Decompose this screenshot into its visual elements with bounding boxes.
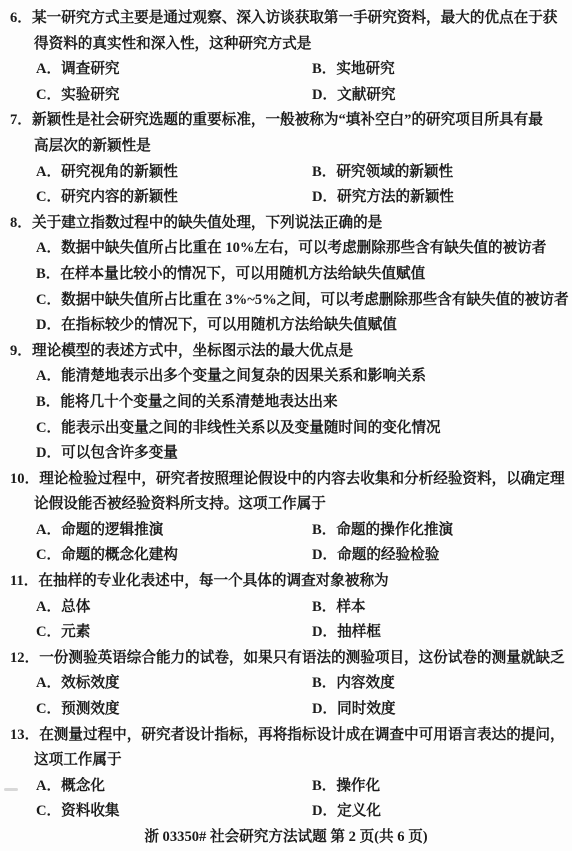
question-number: 12． bbox=[10, 646, 39, 672]
option-a: A．调查研究 bbox=[36, 57, 312, 83]
question-text: 这项工作属于 bbox=[10, 748, 572, 774]
options-grid: A．研究视角的新颖性 B．研究领域的新颖性 C．研究内容的新颖性 D．研究方法的… bbox=[10, 160, 572, 211]
question-number: 7． bbox=[10, 108, 32, 134]
scan-artifact bbox=[4, 788, 18, 791]
option-c: C．数据中缺失值所占比重在 3%~5%之间，可以考虑删除那些含有缺失值的被访者 bbox=[36, 288, 572, 314]
question-number: 9． bbox=[10, 339, 32, 365]
question-line: 8．关于建立指数过程中的缺失值处理，下列说法正确的是 bbox=[10, 211, 572, 237]
question-text: 论假设能否被经验资料所支持。这项工作属于 bbox=[10, 492, 572, 518]
option-a: A．总体 bbox=[36, 595, 312, 621]
question-11: 11．在抽样的专业化表述中，每一个具体的调查对象被称为 A．总体 B．样本 C．… bbox=[10, 569, 572, 646]
options-list: A．能清楚地表示出多个变量之间复杂的因果关系和影响关系 B．能将几十个变量之间的… bbox=[10, 364, 572, 466]
option-d: D．在指标较少的情况下，可以用随机方法给缺失值赋值 bbox=[36, 313, 572, 339]
option-d: D．可以包含许多变量 bbox=[36, 441, 572, 467]
option-d: D．定义化 bbox=[312, 799, 572, 825]
option-a: A．研究视角的新颖性 bbox=[36, 160, 312, 186]
page-footer: 浙 03350# 社会研究方法试题 第 2 页(共 6 页) bbox=[0, 825, 572, 851]
question-text: 得资料的真实性和深入性，这种研究方式是 bbox=[10, 32, 572, 58]
question-number: 11． bbox=[10, 569, 38, 595]
question-7: 7．新颖性是社会研究选题的重要标准，一般被称为“填补空白”的研究项目所具有最 高… bbox=[10, 108, 572, 210]
question-line: 13．在测量过程中，研究者设计指标，再将指标设计成在调查中可用语言表达的提问， bbox=[10, 723, 572, 749]
option-c: C．能表示出变量之间的非线性关系以及变量随时间的变化情况 bbox=[36, 416, 572, 442]
option-c: C．元素 bbox=[36, 620, 312, 646]
question-line: 10．理论检验过程中，研究者按照理论假设中的内容去收集和分析经验资料，以确定理 bbox=[10, 467, 572, 493]
option-d: D．同时效度 bbox=[312, 697, 572, 723]
option-b: B．操作化 bbox=[312, 774, 572, 800]
question-9: 9．理论模型的表述方式中，坐标图示法的最大优点是 A．能清楚地表示出多个变量之间… bbox=[10, 339, 572, 467]
option-b: B．命题的操作化推演 bbox=[312, 518, 572, 544]
option-c: C．命题的概念化建构 bbox=[36, 543, 312, 569]
option-d: D．研究方法的新颖性 bbox=[312, 185, 572, 211]
option-c: C．预测效度 bbox=[36, 697, 312, 723]
options-grid: A．调查研究 B．实地研究 C．实验研究 D．文献研究 bbox=[10, 57, 572, 108]
option-c: C．研究内容的新颖性 bbox=[36, 185, 312, 211]
question-10: 10．理论检验过程中，研究者按照理论假设中的内容去收集和分析经验资料，以确定理 … bbox=[10, 467, 572, 569]
option-d: D．抽样框 bbox=[312, 620, 572, 646]
question-text: 某一研究方式主要是通过观察、深入访谈获取第一手研究资料，最大的优点在于获 bbox=[32, 10, 557, 26]
question-line: 12．一份测验英语综合能力的试卷，如果只有语法的测验项目，这份试卷的测量就缺乏 bbox=[10, 646, 572, 672]
question-text: 新颖性是社会研究选题的重要标准，一般被称为“填补空白”的研究项目所具有最 bbox=[32, 112, 543, 128]
options-grid: A．概念化 B．操作化 C．资料收集 D．定义化 bbox=[10, 774, 572, 825]
question-6: 6．某一研究方式主要是通过观察、深入访谈获取第一手研究资料，最大的优点在于获 得… bbox=[10, 6, 572, 108]
question-number: 10． bbox=[10, 467, 39, 493]
question-text: 一份测验英语综合能力的试卷，如果只有语法的测验项目，这份试卷的测量就缺乏 bbox=[39, 650, 564, 666]
option-d: D．命题的经验检验 bbox=[312, 543, 572, 569]
question-line: 9．理论模型的表述方式中，坐标图示法的最大优点是 bbox=[10, 339, 572, 365]
option-b: B．在样本量比较小的情况下，可以用随机方法给缺失值赋值 bbox=[36, 262, 572, 288]
question-line: 11．在抽样的专业化表述中，每一个具体的调查对象被称为 bbox=[10, 569, 572, 595]
question-13: 13．在测量过程中，研究者设计指标，再将指标设计成在调查中可用语言表达的提问， … bbox=[10, 723, 572, 825]
options-list: A．数据中缺失值所占比重在 10%左右，可以考虑删除那些含有缺失值的被访者 B．… bbox=[10, 236, 572, 338]
option-b: B．内容效度 bbox=[312, 671, 572, 697]
option-c: C．实验研究 bbox=[36, 83, 312, 109]
question-number: 13． bbox=[10, 723, 39, 749]
question-8: 8．关于建立指数过程中的缺失值处理，下列说法正确的是 A．数据中缺失值所占比重在… bbox=[10, 211, 572, 339]
options-grid: A．命题的逻辑推演 B．命题的操作化推演 C．命题的概念化建构 D．命题的经验检… bbox=[10, 518, 572, 569]
option-a: A．能清楚地表示出多个变量之间复杂的因果关系和影响关系 bbox=[36, 364, 572, 390]
question-text: 在测量过程中，研究者设计指标，再将指标设计成在调查中可用语言表达的提问， bbox=[39, 727, 564, 743]
question-number: 6． bbox=[10, 6, 32, 32]
options-grid: A．总体 B．样本 C．元素 D．抽样框 bbox=[10, 595, 572, 646]
question-text: 高层次的新颖性是 bbox=[10, 134, 572, 160]
option-c: C．资料收集 bbox=[36, 799, 312, 825]
question-text: 在抽样的专业化表述中，每一个具体的调查对象被称为 bbox=[38, 573, 388, 589]
exam-page: 6．某一研究方式主要是通过观察、深入访谈获取第一手研究资料，最大的优点在于获 得… bbox=[0, 0, 572, 851]
question-number: 8． bbox=[10, 211, 32, 237]
question-12: 12．一份测验英语综合能力的试卷，如果只有语法的测验项目，这份试卷的测量就缺乏 … bbox=[10, 646, 572, 723]
option-a: A．数据中缺失值所占比重在 10%左右，可以考虑删除那些含有缺失值的被访者 bbox=[36, 236, 572, 262]
question-text: 理论模型的表述方式中，坐标图示法的最大优点是 bbox=[32, 343, 353, 359]
scan-artifact bbox=[116, 170, 127, 172]
question-text: 关于建立指数过程中的缺失值处理，下列说法正确的是 bbox=[32, 215, 382, 231]
question-line: 7．新颖性是社会研究选题的重要标准，一般被称为“填补空白”的研究项目所具有最 bbox=[10, 108, 572, 134]
option-b: B．能将几十个变量之间的关系清楚地表达出来 bbox=[36, 390, 572, 416]
option-d: D．文献研究 bbox=[312, 83, 572, 109]
option-b: B．样本 bbox=[312, 595, 572, 621]
option-b: B．研究领域的新颖性 bbox=[312, 160, 572, 186]
option-b: B．实地研究 bbox=[312, 57, 572, 83]
option-a: A．命题的逻辑推演 bbox=[36, 518, 312, 544]
question-line: 6．某一研究方式主要是通过观察、深入访谈获取第一手研究资料，最大的优点在于获 bbox=[10, 6, 572, 32]
option-a: A．概念化 bbox=[36, 774, 312, 800]
options-grid: A．效标效度 B．内容效度 C．预测效度 D．同时效度 bbox=[10, 671, 572, 722]
option-a: A．效标效度 bbox=[36, 671, 312, 697]
question-text: 理论检验过程中，研究者按照理论假设中的内容去收集和分析经验资料，以确定理 bbox=[39, 471, 564, 487]
